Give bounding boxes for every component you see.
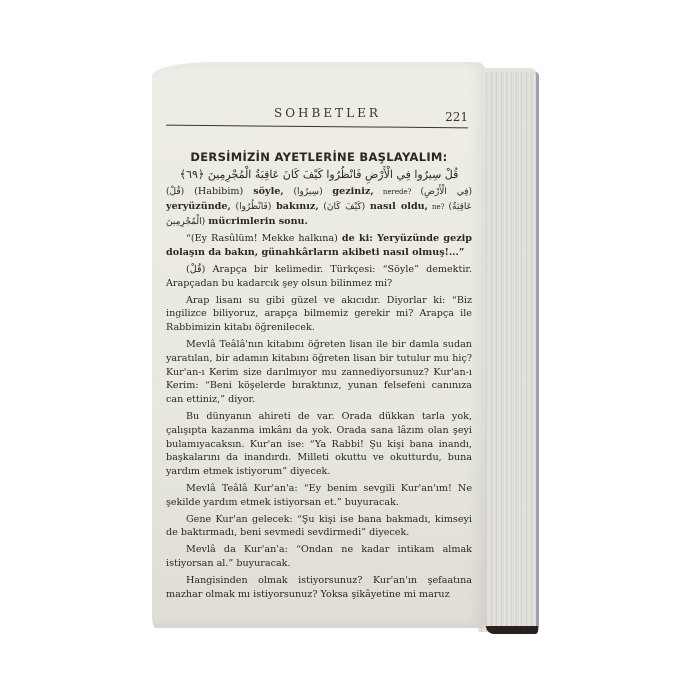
book-page: SOHBETLER 221 DERSİMİZİN AYETLERİNE BAŞL… <box>152 62 486 628</box>
paragraph: Bu dünyanın ahireti de var. Orada dükkan… <box>166 410 472 479</box>
header-rule <box>166 125 468 129</box>
paragraph: (قُلْ) Arapça bir kelimedir. Türkçesi: “… <box>166 263 472 291</box>
page-edges <box>478 72 539 632</box>
paragraph: Mevlâ Teâlâ Kur'an'a: “Ey benim sevgili … <box>166 482 472 510</box>
word-gloss: (قُلْ) (Habibim) söyle, (سِيرُوا) gezini… <box>166 185 472 229</box>
section-heading: DERSİMİZİN AYETLERİNE BAŞLAYALIM: <box>166 150 472 164</box>
paragraph: Gene Kur'an gelecek: “Şu kişi ise bana b… <box>166 513 472 541</box>
paragraph: Mevlâ da Kur'an'a: “Ondan ne kadar intik… <box>166 543 472 571</box>
paragraph: “(Ey Rasûlüm! Mekke halkına) de ki: Yery… <box>166 232 472 260</box>
paragraph: Arap lisanı su gibi güzel ve akıcıdır. D… <box>166 294 472 335</box>
running-title: SOHBETLER <box>274 106 381 120</box>
open-book: SOHBETLER 221 DERSİMİZİN AYETLERİNE BAŞL… <box>0 0 700 700</box>
arabic-verse: قُلْ سِيرُوا فِي الْأَرْضِ فَانْظُرُوا ك… <box>166 168 472 181</box>
page-content: SOHBETLER 221 DERSİMİZİN AYETLERİNE BAŞL… <box>166 106 472 601</box>
paragraph: Mevlâ Teâlâ'nın kitabını öğreten lisan i… <box>166 338 472 407</box>
paragraph: Hangisinden olmak istiyorsunuz? Kur'an'ı… <box>166 574 472 602</box>
running-head: SOHBETLER 221 <box>166 106 472 128</box>
page-number: 221 <box>445 110 468 124</box>
book-cover-bottom <box>486 626 538 634</box>
